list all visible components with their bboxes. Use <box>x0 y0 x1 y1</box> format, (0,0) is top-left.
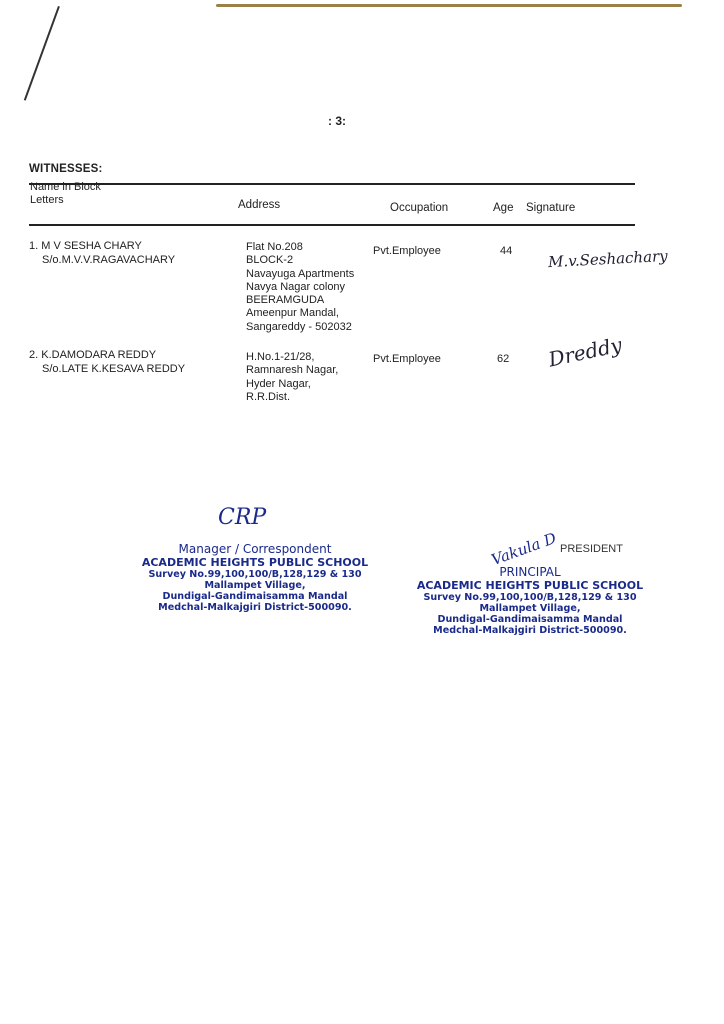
witness-1-age: 44 <box>500 245 512 258</box>
president-label: PRESIDENT <box>560 543 623 555</box>
witness-1-address: Flat No.208 BLOCK-2 Navayuga Apartments … <box>246 241 354 334</box>
header-name: Name in Block Letters <box>30 181 101 208</box>
header-address: Address <box>238 199 280 211</box>
manager-address-3: Dundigal-Gandimaisamma Mandal <box>140 591 370 602</box>
principal-school: ACADEMIC HEIGHTS PUBLIC SCHOOL <box>410 579 650 592</box>
witness-2-name: 2. K.DAMODARA REDDY <box>29 349 156 362</box>
principal-address-2: Mallampet Village, <box>410 603 650 614</box>
witness-2-signature: Dreddy <box>546 333 624 372</box>
manager-address-4: Medchal-Malkajgiri District-500090. <box>140 602 370 613</box>
principal-address-4: Medchal-Malkajgiri District-500090. <box>410 625 650 636</box>
header-top-rule <box>29 183 635 185</box>
principal-role: PRINCIPAL <box>410 565 650 579</box>
scan-top-edge <box>216 4 682 7</box>
principal-stamp: PRINCIPAL ACADEMIC HEIGHTS PUBLIC SCHOOL… <box>410 565 650 636</box>
principal-address-1: Survey No.99,100,100/B,128,129 & 130 <box>410 592 650 603</box>
manager-role: Manager / Correspondent <box>140 542 370 556</box>
principal-address-3: Dundigal-Gandimaisamma Mandal <box>410 614 650 625</box>
witness-2-age: 62 <box>497 353 509 366</box>
manager-school: ACADEMIC HEIGHTS PUBLIC SCHOOL <box>140 556 370 569</box>
header-occupation: Occupation <box>390 202 448 214</box>
manager-address-1: Survey No.99,100,100/B,128,129 & 130 <box>140 569 370 580</box>
page-number: : 3: <box>328 114 346 128</box>
manager-stamp: Manager / Correspondent ACADEMIC HEIGHTS… <box>140 542 370 613</box>
witness-2-relation: S/o.LATE K.KESAVA REDDY <box>42 363 185 376</box>
scan-left-edge <box>24 6 60 101</box>
witness-1-name: 1. M V SESHA CHARY <box>29 240 142 253</box>
witness-2-occupation: Pvt.Employee <box>373 353 441 366</box>
witness-1-relation: S/o.M.V.V.RAGAVACHARY <box>42 254 175 267</box>
witness-1-signature: M.v.Seshachary <box>548 247 668 271</box>
header-age: Age <box>493 202 513 214</box>
witness-2-address: H.No.1-21/28, Ramnaresh Nagar, Hyder Nag… <box>246 351 338 404</box>
witness-1-occupation: Pvt.Employee <box>373 245 441 258</box>
header-bottom-rule <box>29 224 635 226</box>
manager-signature: CRP <box>218 505 266 530</box>
principal-signature: Vakula D <box>489 529 559 569</box>
section-title: WITNESSES: <box>29 163 103 175</box>
header-signature: Signature <box>526 202 575 214</box>
manager-address-2: Mallampet Village, <box>140 580 370 591</box>
